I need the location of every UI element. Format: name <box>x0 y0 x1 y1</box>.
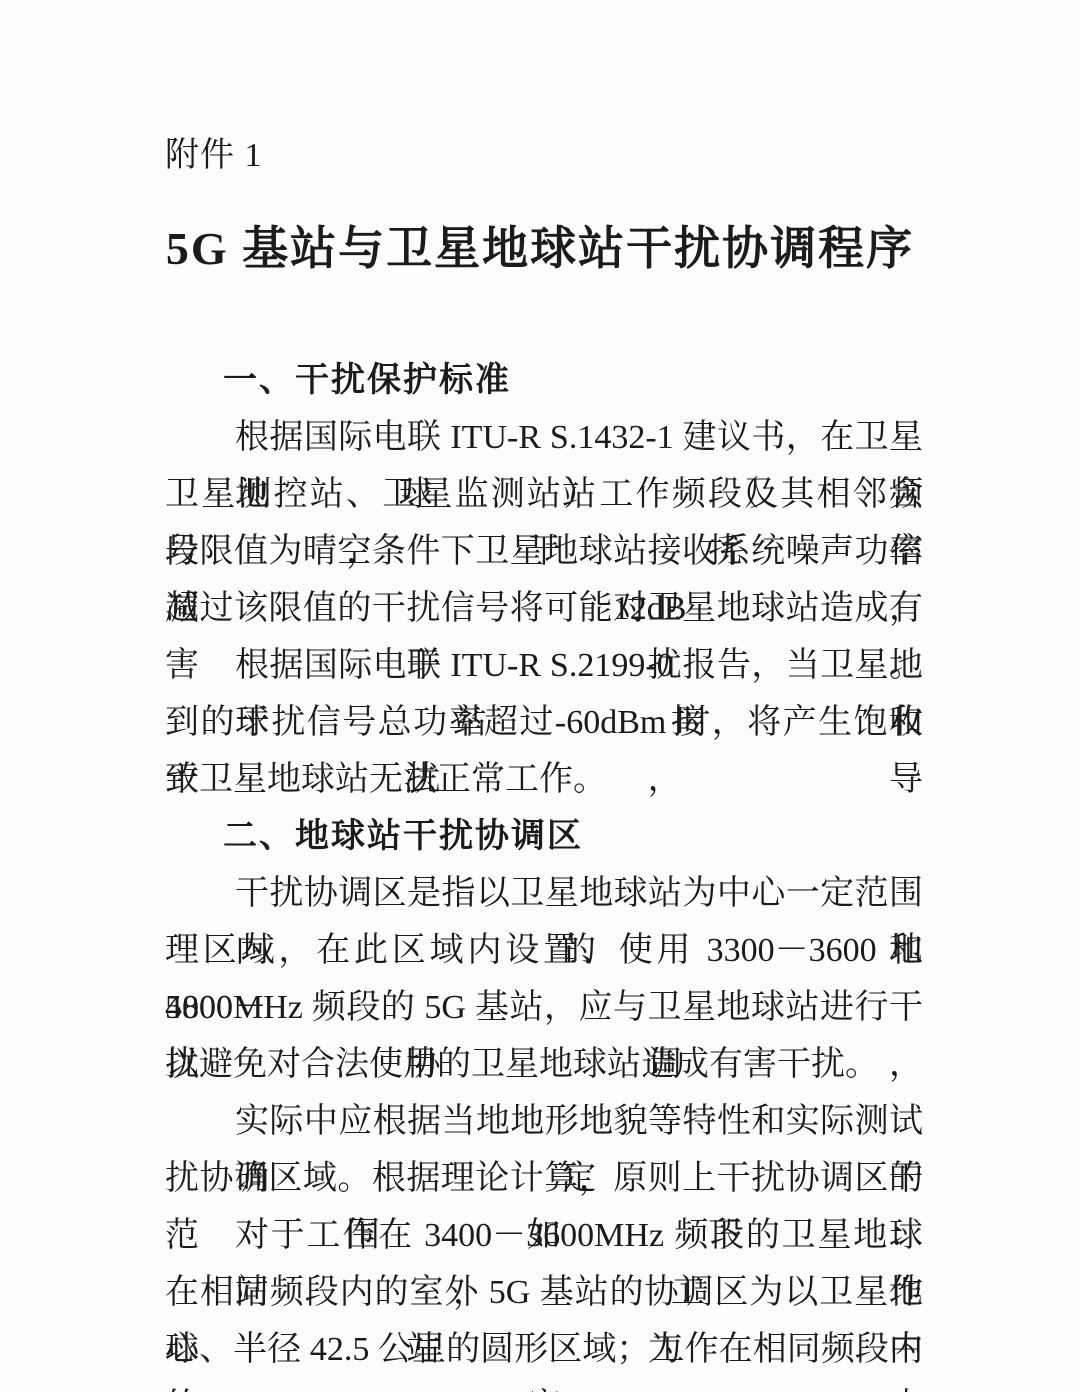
text-line: 心、半径 42.5 公里的圆形区域；工作在相同频段内的室内 <box>165 1321 923 1378</box>
document-page: 附件 1 5G 基站与卫星地球站干扰协调程序 一、干扰保护标准 根据国际电联 I… <box>0 0 1080 1392</box>
text-line: 对于工作在 3400－3600MHz 频段的卫星地球站，工作 <box>165 1207 923 1264</box>
attachment-label: 附件 1 <box>165 134 263 178</box>
text-line: 扰协调区域。根据理论计算，原则上干扰协调区的范围如下： <box>165 1150 923 1207</box>
section-2-heading: 二、地球站干扰协调区 <box>165 808 923 865</box>
text-line: 实际中应根据当地地形地貌等特性和实际测试确定干 <box>165 1093 923 1150</box>
text-line: 5000MHz 频段的 5G 基站，应与卫星地球站进行干扰协调， <box>165 979 923 1036</box>
document-title: 5G 基站与卫星地球站干扰协调程序 <box>120 218 960 280</box>
text-line: 到的干扰信号总功率超过-60dBm 时，将产生饱和干扰，导 <box>165 694 923 751</box>
text-line: 超过该限值的干扰信号将可能对卫星地球站造成有害干扰。 <box>165 580 923 637</box>
text-line: 在相同频段内的室外 5G 基站的协调区为以卫星地球站为中 <box>165 1264 923 1321</box>
text-line: 以避免对合法使用的卫星地球站造成有害干扰。 <box>165 1036 923 1093</box>
text-line: 卫星测控站、卫星监测站）工作频段及其相邻频段，干扰信 <box>165 466 923 523</box>
section-1-heading: 一、干扰保护标准 <box>165 352 923 409</box>
text-line: 根据国际电联 ITU-R S.1432-1 建议书，在卫星地球站（含 <box>165 409 923 466</box>
text-line: 理区域，在此区域内设置、使用 3300－3600 和 4800－ <box>165 922 923 979</box>
document-body: 一、干扰保护标准 根据国际电联 ITU-R S.1432-1 建议书，在卫星地球… <box>165 352 923 1378</box>
text-line: 干扰协调区是指以卫星地球站为中心一定范围内的地 <box>165 865 923 922</box>
text-line: 号限值为晴空条件下卫星地球站接收系统噪声功率减 12dB， <box>165 523 923 580</box>
text-line: 根据国际电联 ITU-R S.2199-0 报告，当卫星地球站接收 <box>165 637 923 694</box>
